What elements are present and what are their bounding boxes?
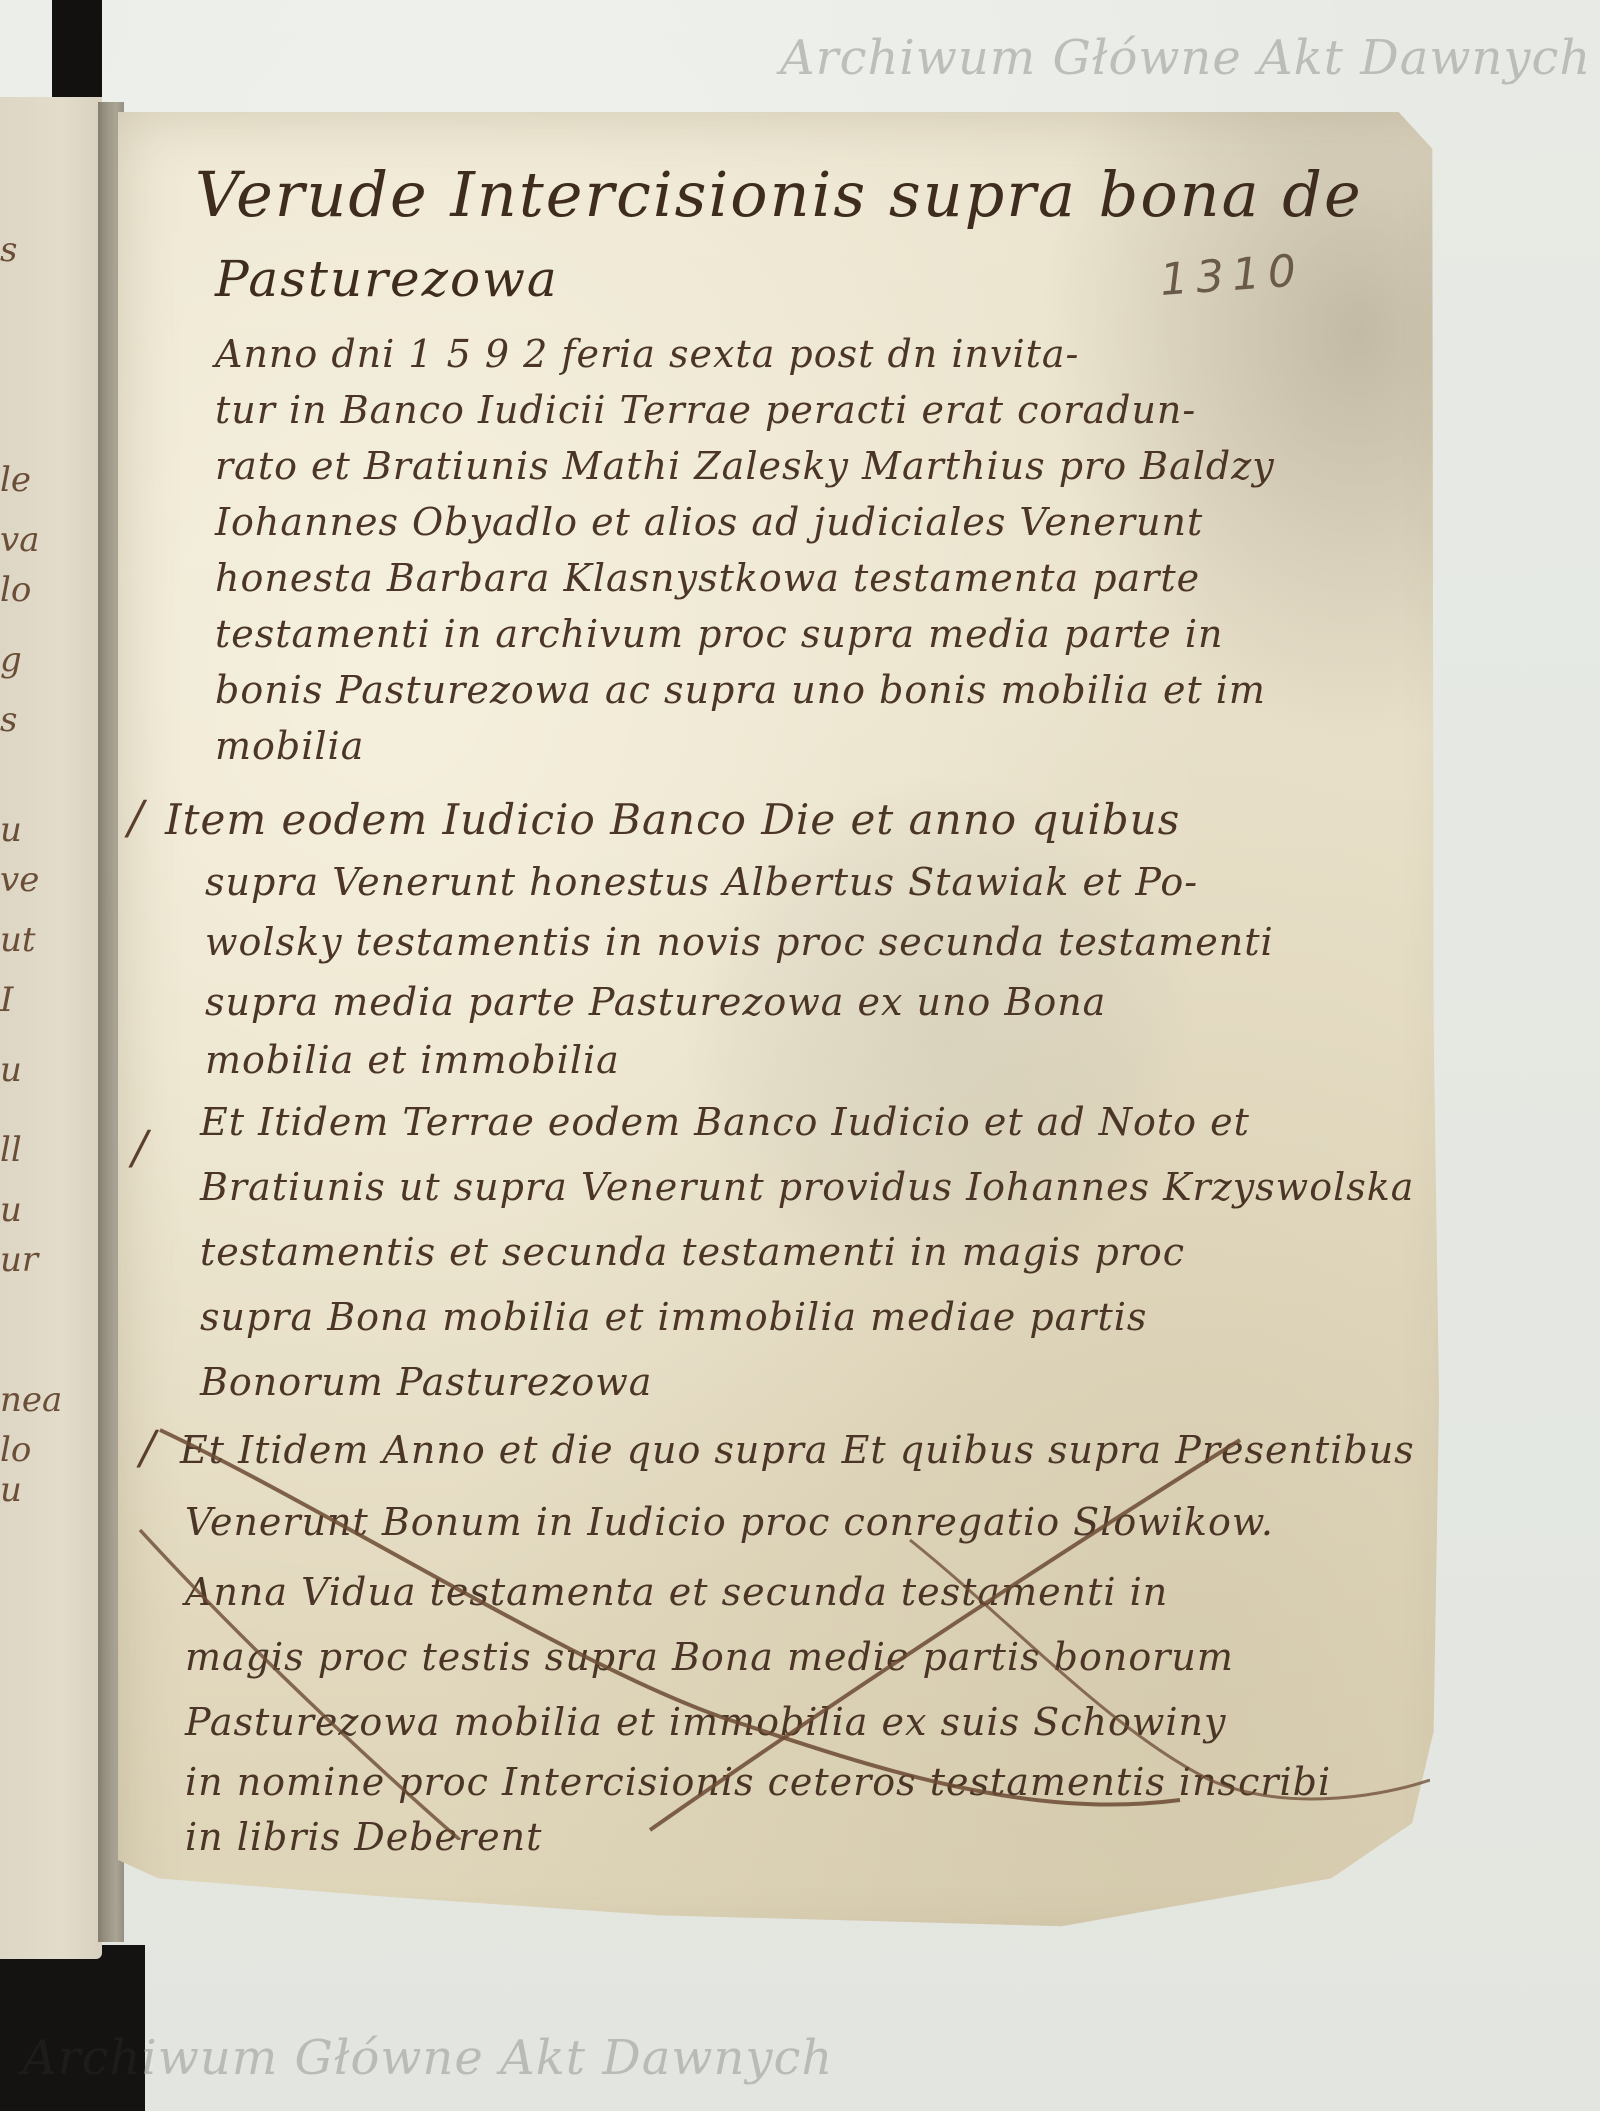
margin-mark-paragraph-2: / [128,790,144,844]
left-page-fragment: u [0,1190,22,1230]
paragraph-4-line: Anna Vidua testamenta et secunda testame… [185,1570,1168,1614]
paragraph-1-line: tur in Banco Iudicii Terrae peracti erat… [215,388,1196,432]
watermark-dark-part: Arch [22,2030,141,2086]
watermark-light-part: iwum Główne Akt Dawnych [141,2030,833,2086]
left-facing-page [0,97,102,1959]
paragraph-4-line: in nomine proc Intercisionis ceteros tes… [185,1760,1331,1804]
left-page-fragment: u [0,810,22,850]
left-page-fragment: u [0,1470,22,1510]
paragraph-4-line: magis proc testis supra Bona medie parti… [185,1635,1234,1679]
left-page-fragment: lo [0,570,31,610]
paragraph-2-line: wolsky testamentis in novis proc secunda… [205,920,1274,964]
paragraph-2-line: mobilia et immobilia [205,1038,620,1082]
left-page-fragment: s [0,700,17,740]
left-page-fragment: g [0,640,22,680]
paragraph-4-line: Pasturezowa mobilia et immobilia ex suis… [185,1700,1226,1744]
left-page-fragment: va [0,520,39,560]
paragraph-4-line: in libris Deberent [185,1815,542,1859]
left-page-fragment: s [0,230,17,270]
left-page-fragment: nea [0,1380,62,1420]
paragraph-2-line: supra Venerunt honestus Albertus Stawiak… [205,860,1198,904]
paragraph-1-line: mobilia [215,724,364,768]
left-page-fragment: u [0,1050,22,1090]
paragraph-1-line: honesta Barbara Klasnystkowa testamenta … [215,556,1200,600]
seal-show-through [678,772,1198,1292]
paragraph-2-line: Item eodem Iudicio Banco Die et anno qui… [165,795,1180,844]
paragraph-3-line: supra Bona mobilia et immobilia mediae p… [200,1295,1147,1339]
paragraph-3-line: Et Itidem Terrae eodem Banco Iudicio et … [200,1100,1250,1144]
paragraph-1-line: bonis Pasturezowa ac supra uno bonis mob… [215,668,1266,712]
left-page-fragment: ur [0,1240,38,1280]
left-page-fragment: I [0,980,13,1020]
archive-watermark-top: Archiwum Główne Akt Dawnych [780,30,1591,86]
document-title-line-2: Pasturezowa [215,250,559,308]
paragraph-3-line: Bonorum Pasturezowa [200,1360,652,1404]
paragraph-1-line: Anno dni 1 5 9 2 feria sexta post dn inv… [215,332,1079,376]
paragraph-1-line: rato et Bratiunis Mathi Zalesky Marthius… [215,444,1275,488]
paragraph-3-line: Bratiunis ut supra Venerunt providus Ioh… [200,1165,1414,1209]
binding-strip-top [52,0,102,100]
left-page-fragment: ut [0,920,36,960]
binding-strip-bottom [0,1945,145,2111]
paragraph-4-line: Venerunt Bonum in Iudicio proc conregati… [185,1500,1274,1544]
left-page-fragment: ll [0,1130,22,1170]
paragraph-2-line: supra media parte Pasturezowa ex uno Bon… [205,980,1106,1024]
left-page-fragment: le [0,460,31,500]
document-title-line-1: Verude Intercisionis supra bona de [195,158,1363,231]
margin-mark-paragraph-4: / [140,1420,156,1474]
folio-number: 1310 [1158,245,1305,306]
left-page-fragment: lo [0,1430,31,1470]
margin-mark-paragraph-3: / [132,1120,148,1174]
archive-watermark-bottom: Archiwum Główne Akt Dawnych [22,2030,833,2086]
paragraph-1-line: Iohannes Obyadlo et alios ad judiciales … [215,500,1203,544]
paragraph-1-line: testamenti in archivum proc supra media … [215,612,1223,656]
left-page-fragment: ve [0,860,39,900]
paragraph-4-line: Et Itidem Anno et die quo supra Et quibu… [180,1428,1415,1472]
paragraph-3-line: testamentis et secunda testamenti in mag… [200,1230,1185,1274]
